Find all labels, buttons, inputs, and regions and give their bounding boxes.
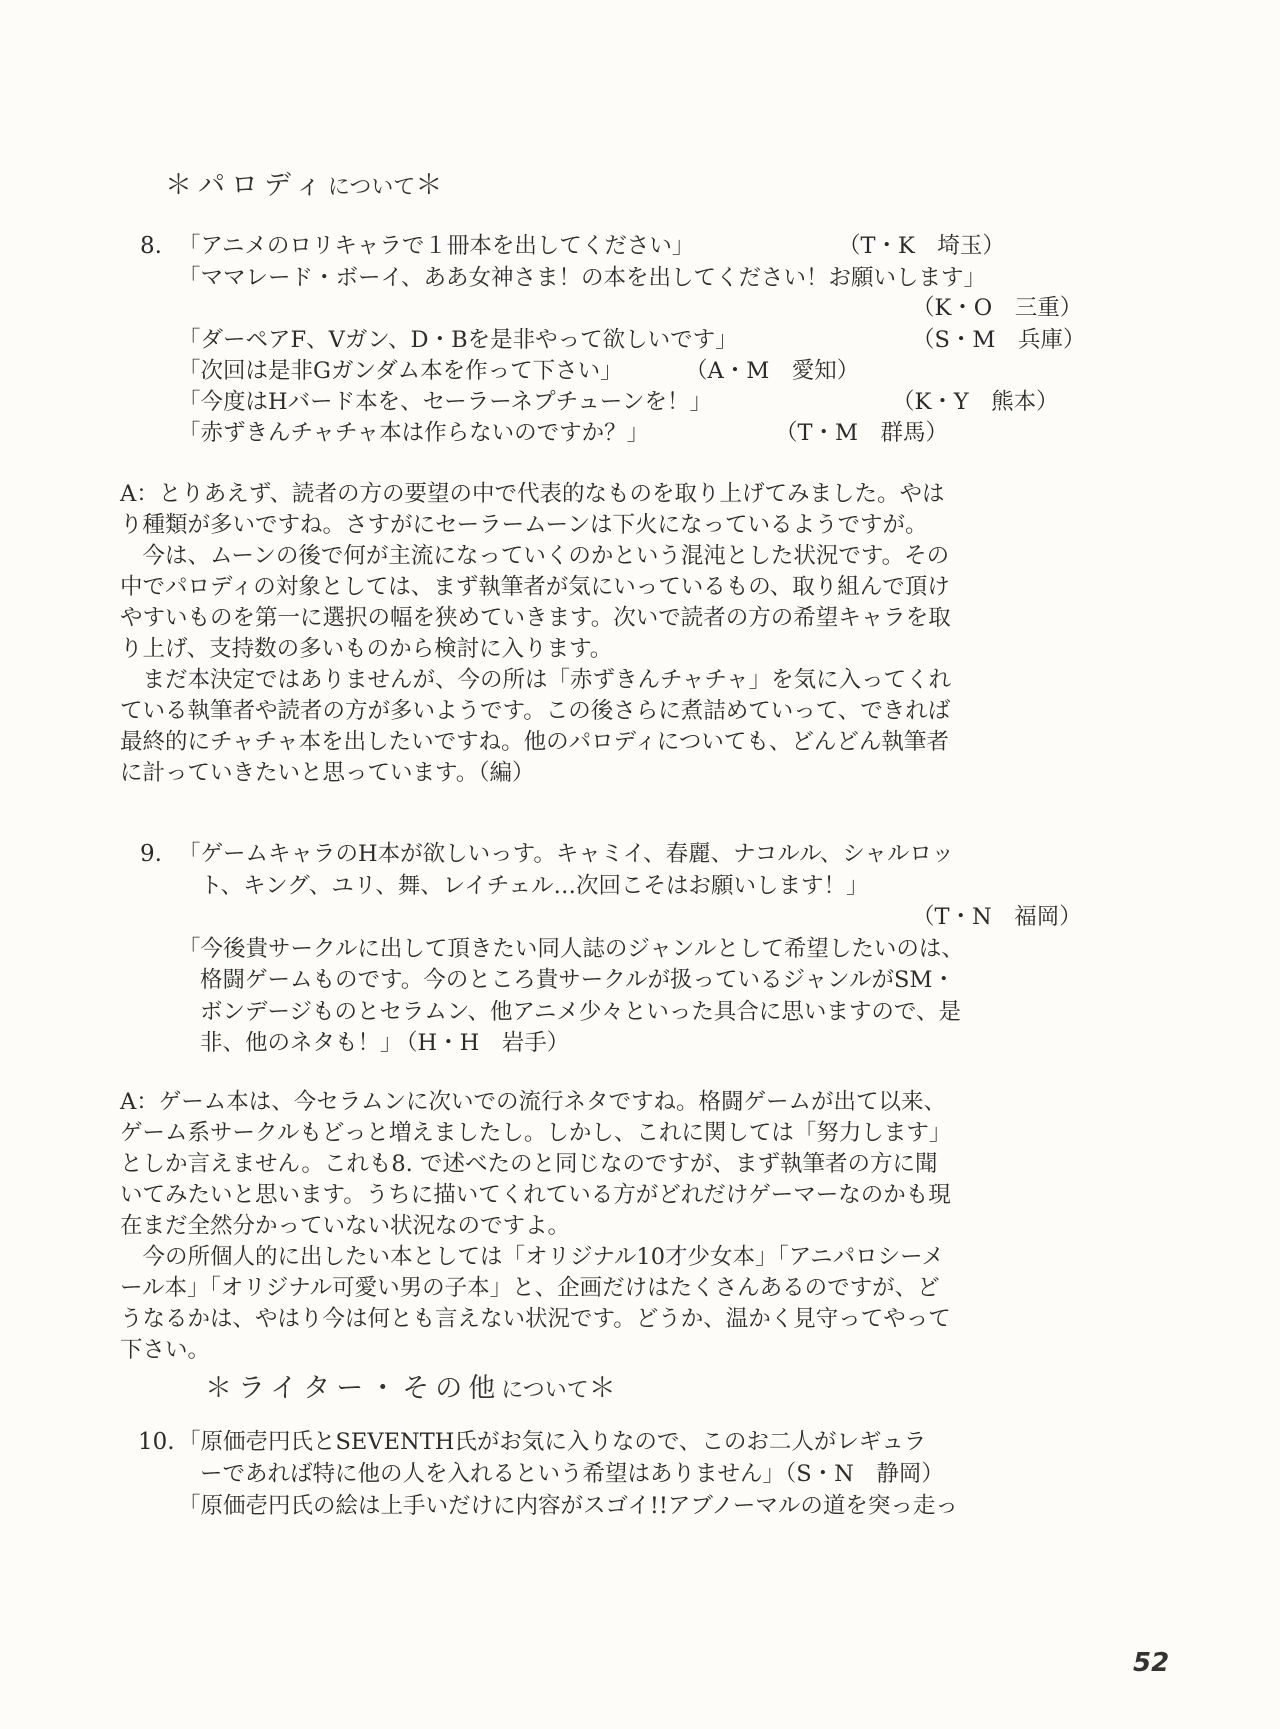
answer-line: 中でパロディの対象としては、まず執筆者が気にいっているもの、取り組んで頂け [120,573,950,601]
request-line: 非、他のネタも！」 [200,1029,403,1057]
request-line: ボンデージものとセラムン、他アニメ少々といった具合に思いますので、是 [200,998,961,1026]
section-heading-parody: ＊パロディについて＊ [165,163,448,202]
heading-suffix: について [501,1378,589,1403]
answer-line: ール本」「オリジナル可愛い男の子本」と、企画だけはたくさんあるのですが、ど [120,1274,940,1302]
request-line: ト、キング、ユリ、舞、レイチェル…次回こそはお願いします！」 [200,872,868,900]
request-line: 「赤ずきんチャチャ本は作らないのですか？」 [178,419,649,447]
item-number-9: 9. [140,840,162,868]
answer-line: ゲーム系サークルもどっと増えましたし。しかし、これに関しては「努力します」 [120,1119,951,1147]
request-line: 「ダーペアF、Vガン、D・Bを是非やって欲しいです」 [178,326,738,354]
answer-line: 在まだ全然分かっていない状況なのですよ。 [120,1212,570,1240]
answer-line: まだ本決定ではありませんが、今の所は「赤ずきんチャチャ」を気に入ってくれ [120,666,951,694]
answer-line: A：とりあえず、読者の方の要望の中で代表的なものを取り上げてみました。やは [120,480,944,508]
answer-line: ている執筆者や読者の方が多いようです。この後さらに煮詰めていって、できれば [120,697,950,725]
heading-text: ＊ライター・その他 [205,1373,501,1404]
request-text: 「アニメのロリキャラで１冊本を出してください」 [178,233,694,259]
answer-line: A：ゲーム本は、今セラムンに次いでの流行ネタですね。格闘ゲームが出て以来、 [120,1088,946,1116]
request-line: 「今度はHバード本を、セーラーネプチューンを！」 [178,388,712,416]
request-line: 「次回は是非Gガンダム本を作って下さい」 [178,357,623,385]
answer-line: 今の所個人的に出したい本としては「オリジナル10才少女本」「アニパロシーメ [120,1243,944,1271]
document-page: ＊パロディについて＊ 8. 「アニメのロリキャラで１冊本を出してください」 （T… [0,0,1280,1729]
answer-line: 最終的にチャチャ本を出したいですね。他のパロディについても、どんどん執筆者 [120,728,949,756]
item-number-8: 8. [140,232,162,260]
item-number-10: 10. [138,1428,175,1456]
heading-asterisk: ＊ [415,170,448,201]
request-attribution: （T・N 福岡） [912,903,1082,931]
request-attribution: （K・O 三重） [912,294,1082,322]
request-line: 「原価壱円氏とSEVENTH氏がお気に入りなので、このお二人がレギュラ [178,1428,926,1456]
answer-line: り種類が多いですね。さすがにセーラームーンは下火になっているようですが。 [120,511,928,539]
request-attribution: （T・M 群馬） [775,419,948,447]
request-line: 格闘ゲームものです。今のところ貴サークルが扱っているジャンルがSM・ [200,966,955,994]
answer-line: としか言えません。これも8. で述べたのと同じなのですが、まず執筆者の方に聞 [120,1150,937,1178]
answer-line: 下さい。 [120,1336,210,1364]
answer-line: いてみたいと思います。うちに描いてくれている方がどれだけゲーマーなのかも現 [120,1181,951,1209]
request-line: 「ゲームキャラのH本が欲しいっす。キャミイ、春麗、ナコルル、シャルロッ [178,840,954,868]
section-heading-writers: ＊ライター・その他について＊ [205,1366,622,1405]
request-attribution: （H・H 岩手） [395,1029,569,1057]
answer-line: やすいものを第一に選択の幅を狭めていきます。次いで読者の方の希望キャラを取 [120,604,951,632]
request-attribution: （T・K 埼玉） [838,232,1005,260]
answer-line: 今は、ムーンの後で何が主流になっていくのかという混沌とした状況です。その [120,542,949,570]
page-number: 52 [1133,1648,1169,1678]
heading-suffix: について [328,175,416,200]
request-line: 「今後貴サークルに出して頂きたい同人誌のジャンルとして希望したいのは、 [178,935,964,963]
request-attribution: （A・M 愛知） [685,357,859,385]
request-line: 「原価壱円氏の絵は上手いだけに内容がスゴイ!!アブノーマルの道を突っ走っ [178,1492,958,1520]
answer-line: に計っていきたいと思っています。（編） [120,759,534,787]
answer-line: り上げ、支持数の多いものから検討に入ります。 [120,635,612,663]
request-attribution: （S・M 兵庫） [912,326,1085,354]
request-line: 「ママレード・ボーイ、ああ女神さま！の本を出してください！お願いします」 [178,264,986,292]
request-line: 「アニメのロリキャラで１冊本を出してください」 [178,232,694,260]
heading-text: ＊パロディ [165,170,328,201]
heading-asterisk: ＊ [589,1373,622,1404]
answer-line: うなるかは、やはり今は何とも言えない状況です。どうか、温かく見守ってやって [120,1305,951,1333]
request-line: ーであれば特に他の人を入れるという希望はありません」（S・N 静岡） [200,1460,944,1488]
request-attribution: （K・Y 熊本） [892,388,1059,416]
